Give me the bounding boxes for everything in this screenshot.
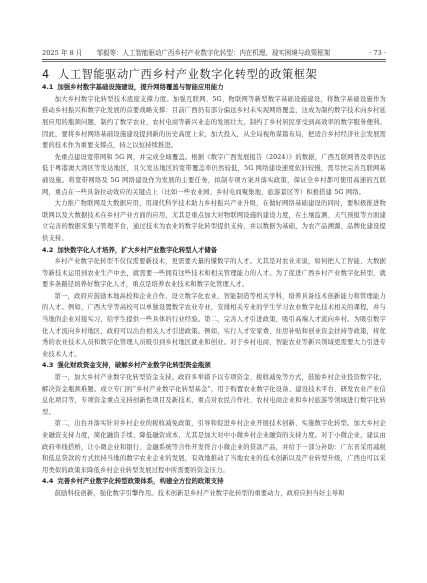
subsection-heading-4-3: 4.3强化财政资金支持，破解乡村产业数字化转型资金瓶颈 [42,360,386,372]
paragraph: 乡村产业数字化转型不仅仅需要新技术，更需要大量的懂数字的人才。尤其是对农业来说，… [42,256,386,291]
subsection-title: 加强乡村数字基础设施建设，提升网络覆盖与智能应用能力 [57,83,223,91]
subsection-number: 4.2 [42,246,53,254]
running-head: 2025 年 8 月 邹毅等：人工智能驱动广西乡村产业数字化转型：内在机理、现实… [42,48,386,58]
document-page: 2025 年 8 月 邹毅等：人工智能驱动广西乡村产业数字化转型：内在机理、现实… [42,48,386,500]
paragraph: 第一，政府应鼓励本地高校和企业合作，设立数字化农业、智能制造等相关学科，培养具备… [42,291,386,361]
page-number: · 73 · [369,48,386,58]
subsection-heading-4-1: 4.1加强乡村数字基础设施建设，提升网络覆盖与智能应用能力 [42,82,386,94]
paragraph: 鼓励科技创新，强化数字引擎作用。技术创新是乡村产业数字化转型的重要动力，政府应担… [42,488,386,500]
subsection-heading-4-4: 4.4完善乡村产业数字化转型政策体系，构建全方位的政策支持 [42,476,386,488]
paragraph: 加大乡村数字化转型技术底座支撑力度。加强互联网、5G、物联网等新型数字基础设施建… [42,94,386,152]
section-heading: 4人工智能驱动广西乡村产业数字化转型的政策框架 [42,67,386,82]
subsection-number: 4.4 [42,477,53,485]
paragraph: 第一，加大乡村产业数字化转型资金支持。政府多举措予以专项资金、税收减免等方式，鼓… [42,372,386,418]
paragraph: 第二，出台并落实针对乡村企业的税收减免政策，引导和促进乡村企业开展技术创新、实施… [42,418,386,476]
subsection-title: 强化财政资金支持，破解乡村产业数字化转型资金瓶颈 [57,361,210,369]
paragraph: 大力推广物联网及大数据应用，用现代科学技术助力乡村振兴产业升级，在做好网络基础建… [42,198,386,244]
subsection-number: 4.1 [42,83,53,91]
header-divider [42,59,386,62]
subsection-number: 4.3 [42,361,53,369]
running-title: 邹毅等：人工智能驱动广西乡村产业数字化转型：内在机理、现实困境与政策框架 [96,48,369,58]
section-title: 人工智能驱动广西乡村产业数字化转型的政策框架 [58,68,317,81]
subsection-heading-4-2: 4.2加快数字化人才培养，扩大乡村产业数字化转型人才储备 [42,245,386,257]
subsection-title: 完善乡村产业数字化转型政策体系，构建全方位的政策支持 [57,477,223,485]
subsection-title: 加快数字化人才培养，扩大乡村产业数字化转型人才储备 [57,246,217,254]
issue-date: 2025 年 8 月 [42,48,82,58]
paragraph: 先重点建设宽带网和 5G 网，并完成全域覆盖。根据《数字广西发展报告（2024）… [42,152,386,198]
section-number: 4 [42,67,58,82]
